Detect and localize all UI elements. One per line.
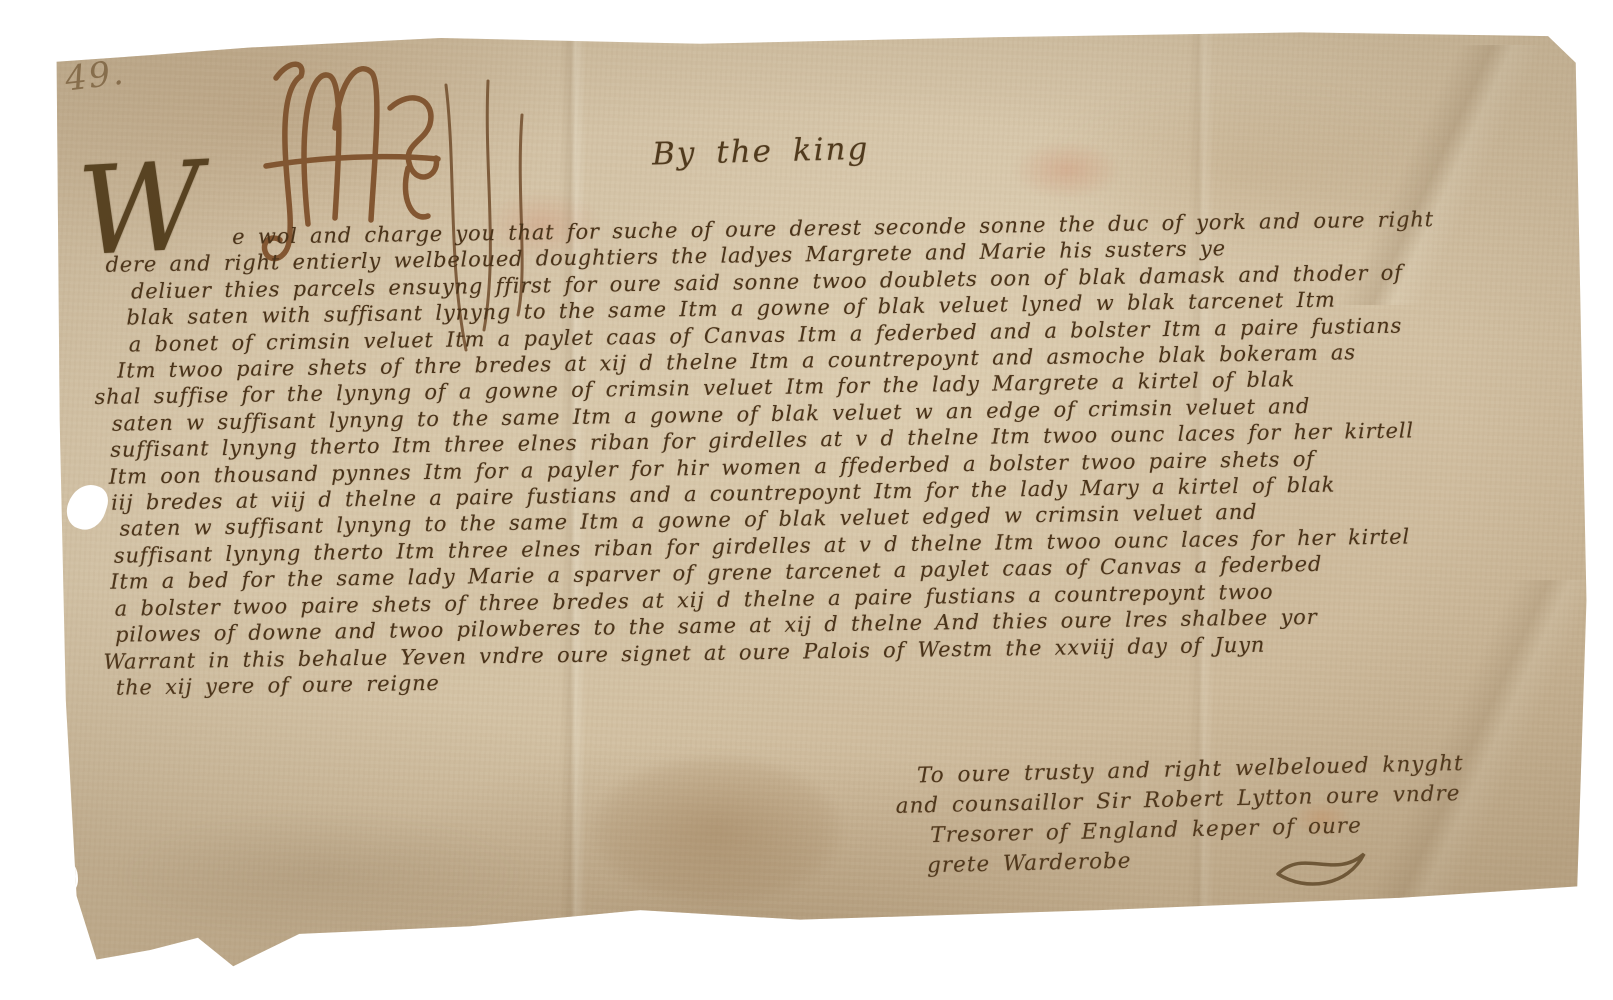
edge-vignette — [52, 20, 1588, 970]
parchment-nick — [60, 862, 78, 892]
photograph-canvas: { "document": { "folio_number": "49.", "… — [0, 0, 1613, 1000]
parchment-sheet: 49. By the king W e wol and charge you t… — [52, 20, 1588, 970]
